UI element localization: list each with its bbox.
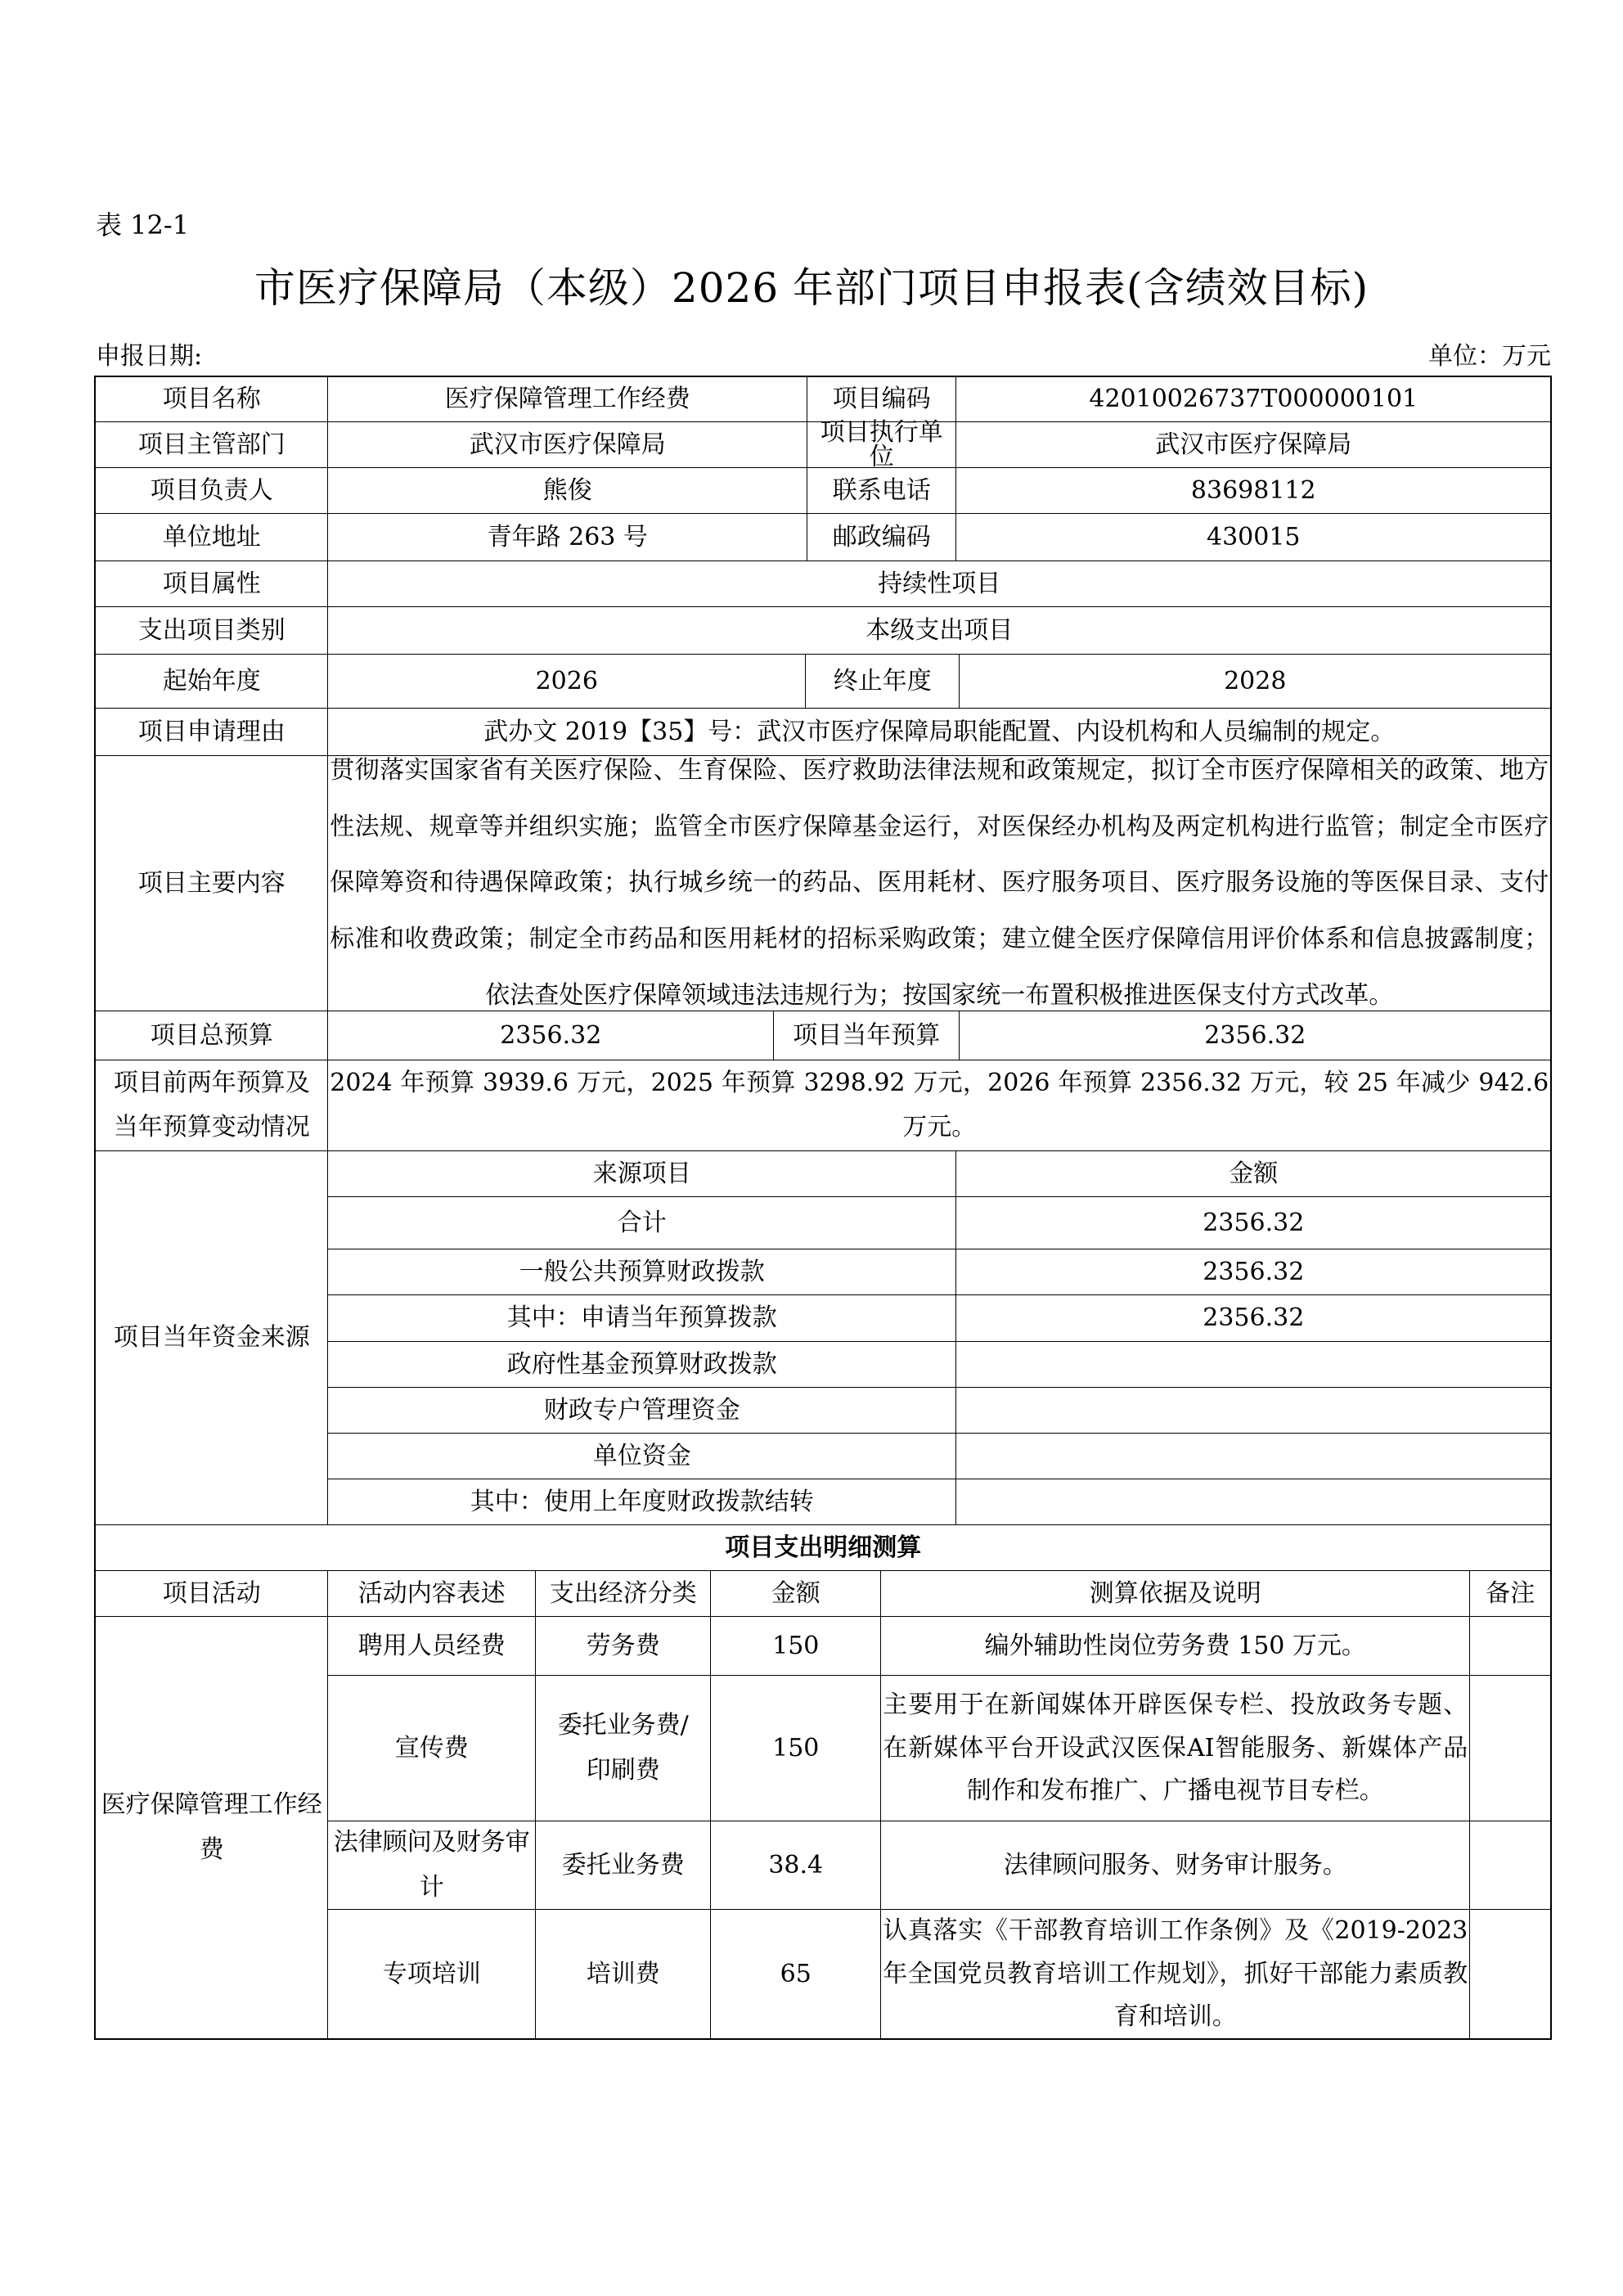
detail-row-content: 聘用人员经费 [327,1616,536,1676]
funding-row-amount: 2356.32 [955,1249,1552,1295]
address-value: 青年路 263 号 [327,513,807,561]
detail-row-content: 专项培训 [327,1909,536,2040]
detail-row-content: 宣传费 [327,1675,536,1821]
phone-label: 联系电话 [807,467,956,514]
funding-row-amount [955,1341,1552,1388]
total-budget-label: 项目总预算 [94,1011,328,1060]
detail-header-basis: 测算依据及说明 [880,1570,1470,1617]
detail-row-basis: 主要用于在新闻媒体开辟医保专栏、投放政务专题、在新媒体平台开设武汉医保AI智能服… [880,1675,1470,1821]
funding-row-amount [955,1433,1552,1479]
detail-row-category: 委托业务费 [535,1821,711,1910]
funding-row-amount: 2356.32 [955,1294,1552,1342]
detail-row-category: 劳务费 [535,1616,711,1676]
attribute-label: 项目属性 [94,560,328,607]
detail-row-amount: 65 [710,1909,881,2040]
address-label: 单位地址 [94,513,328,561]
content-value: 贯彻落实国家省有关医疗保险、生育保险、医疗救助法律法规和政策规定，拟订全市医疗保… [327,755,1552,1011]
department-label: 项目主管部门 [94,421,328,468]
funding-row-source: 一般公共预算财政拨款 [327,1249,956,1295]
report-date-label: 申报日期: [96,335,202,371]
detail-header-note: 备注 [1469,1570,1552,1617]
detail-header-category: 支出经济分类 [535,1570,711,1617]
content-label: 项目主要内容 [94,755,328,1011]
start-year-value: 2026 [327,654,806,709]
funding-row-amount: 2356.32 [955,1196,1552,1249]
funding-row-amount [955,1479,1552,1525]
detail-row-note [1469,1675,1552,1821]
detail-section-title: 项目支出明细测算 [94,1524,1552,1571]
end-year-label: 终止年度 [805,654,960,709]
funding-section-label: 项目当年资金来源 [94,1150,328,1525]
project-name-value: 医疗保障管理工作经费 [327,376,807,422]
detail-row-amount: 38.4 [710,1821,881,1910]
funding-row-source: 单位资金 [327,1433,956,1479]
unit-label: 单位：万元 [1428,335,1551,371]
detail-row-amount: 150 [710,1616,881,1676]
postcode-label: 邮政编码 [807,513,956,561]
detail-row-basis: 编外辅助性岗位劳务费 150 万元。 [880,1616,1470,1676]
detail-row-note [1469,1616,1552,1676]
funding-col-source: 来源项目 [327,1150,956,1197]
project-code-value: 42010026737T000000101 [955,376,1552,422]
detail-row-category: 委托业务费/印刷费 [535,1675,711,1821]
current-budget-label: 项目当年预算 [773,1011,960,1060]
funding-row-source: 财政专户管理资金 [327,1387,956,1434]
detail-row-basis: 法律顾问服务、财务审计服务。 [880,1821,1470,1910]
detail-row-note [1469,1821,1552,1910]
total-budget-value: 2356.32 [327,1011,774,1060]
project-name-label: 项目名称 [94,376,328,422]
detail-header-activity: 项目活动 [94,1570,328,1617]
detail-row-basis: 认真落实《干部教育培训工作条例》及《2019-2023年全国党员教育培训工作规划… [880,1909,1470,2040]
funding-row-source: 合计 [327,1196,956,1249]
category-label: 支出项目类别 [94,606,328,655]
detail-header-amount: 金额 [710,1570,881,1617]
funding-row-source: 其中：使用上年度财政拨款结转 [327,1479,956,1525]
page-title: 市医疗保障局（本级）2026 年部门项目申报表(含绩效目标) [0,255,1623,314]
manager-value: 熊俊 [327,467,807,514]
funding-col-amount: 金额 [955,1150,1552,1197]
detail-row-amount: 150 [710,1675,881,1821]
phone-value: 83698112 [955,467,1552,514]
reason-label: 项目申请理由 [94,708,328,756]
start-year-label: 起始年度 [94,654,328,709]
category-value: 本级支出项目 [327,606,1552,655]
project-code-label: 项目编码 [807,376,956,422]
funding-row-source: 政府性基金预算财政拨款 [327,1341,956,1388]
detail-row-category: 培训费 [535,1909,711,2040]
current-budget-value: 2356.32 [959,1011,1552,1060]
detail-row-content: 法律顾问及财务审计 [327,1821,536,1910]
end-year-value: 2028 [959,654,1552,709]
detail-row-note [1469,1909,1552,2040]
budget-change-label: 项目前两年预算及当年预算变动情况 [94,1060,328,1151]
detail-activity: 医疗保障管理工作经费 [94,1616,328,2040]
manager-label: 项目负责人 [94,467,328,514]
executing-unit-value: 武汉市医疗保障局 [955,421,1552,468]
department-value: 武汉市医疗保障局 [327,421,807,468]
funding-row-amount [955,1387,1552,1434]
attribute-value: 持续性项目 [327,560,1552,607]
budget-change-value: 2024 年预算 3939.6 万元，2025 年预算 3298.92 万元，2… [327,1060,1552,1151]
postcode-value: 430015 [955,513,1552,561]
executing-unit-label: 项目执行单位 [807,421,956,468]
funding-row-source: 其中：申请当年预算拨款 [327,1294,956,1342]
table-number: 表 12-1 [96,205,189,242]
detail-header-content: 活动内容表述 [327,1570,536,1617]
